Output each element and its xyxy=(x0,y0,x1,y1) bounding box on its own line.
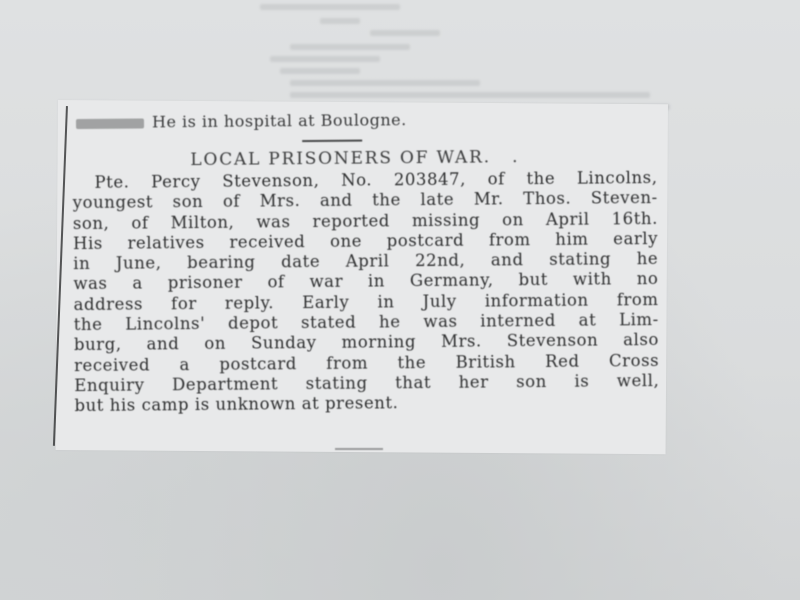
bleed-through-text xyxy=(150,0,670,115)
newspaper-clipping: He is in hospital at Boulogne. LOCAL PRI… xyxy=(56,100,668,454)
clipping-text: He is in hospital at Boulogne. LOCAL PRI… xyxy=(72,107,660,417)
illegible-word xyxy=(76,118,144,129)
article-body: Pte. Percy Stevenson, No. 203847, of the… xyxy=(72,168,659,417)
article-line: but his camp is unknown at present. xyxy=(74,391,659,416)
section-divider xyxy=(302,140,362,143)
column-rule xyxy=(53,106,68,446)
previous-article-tail: He is in hospital at Boulogne. xyxy=(72,107,657,134)
end-rule xyxy=(335,448,383,450)
